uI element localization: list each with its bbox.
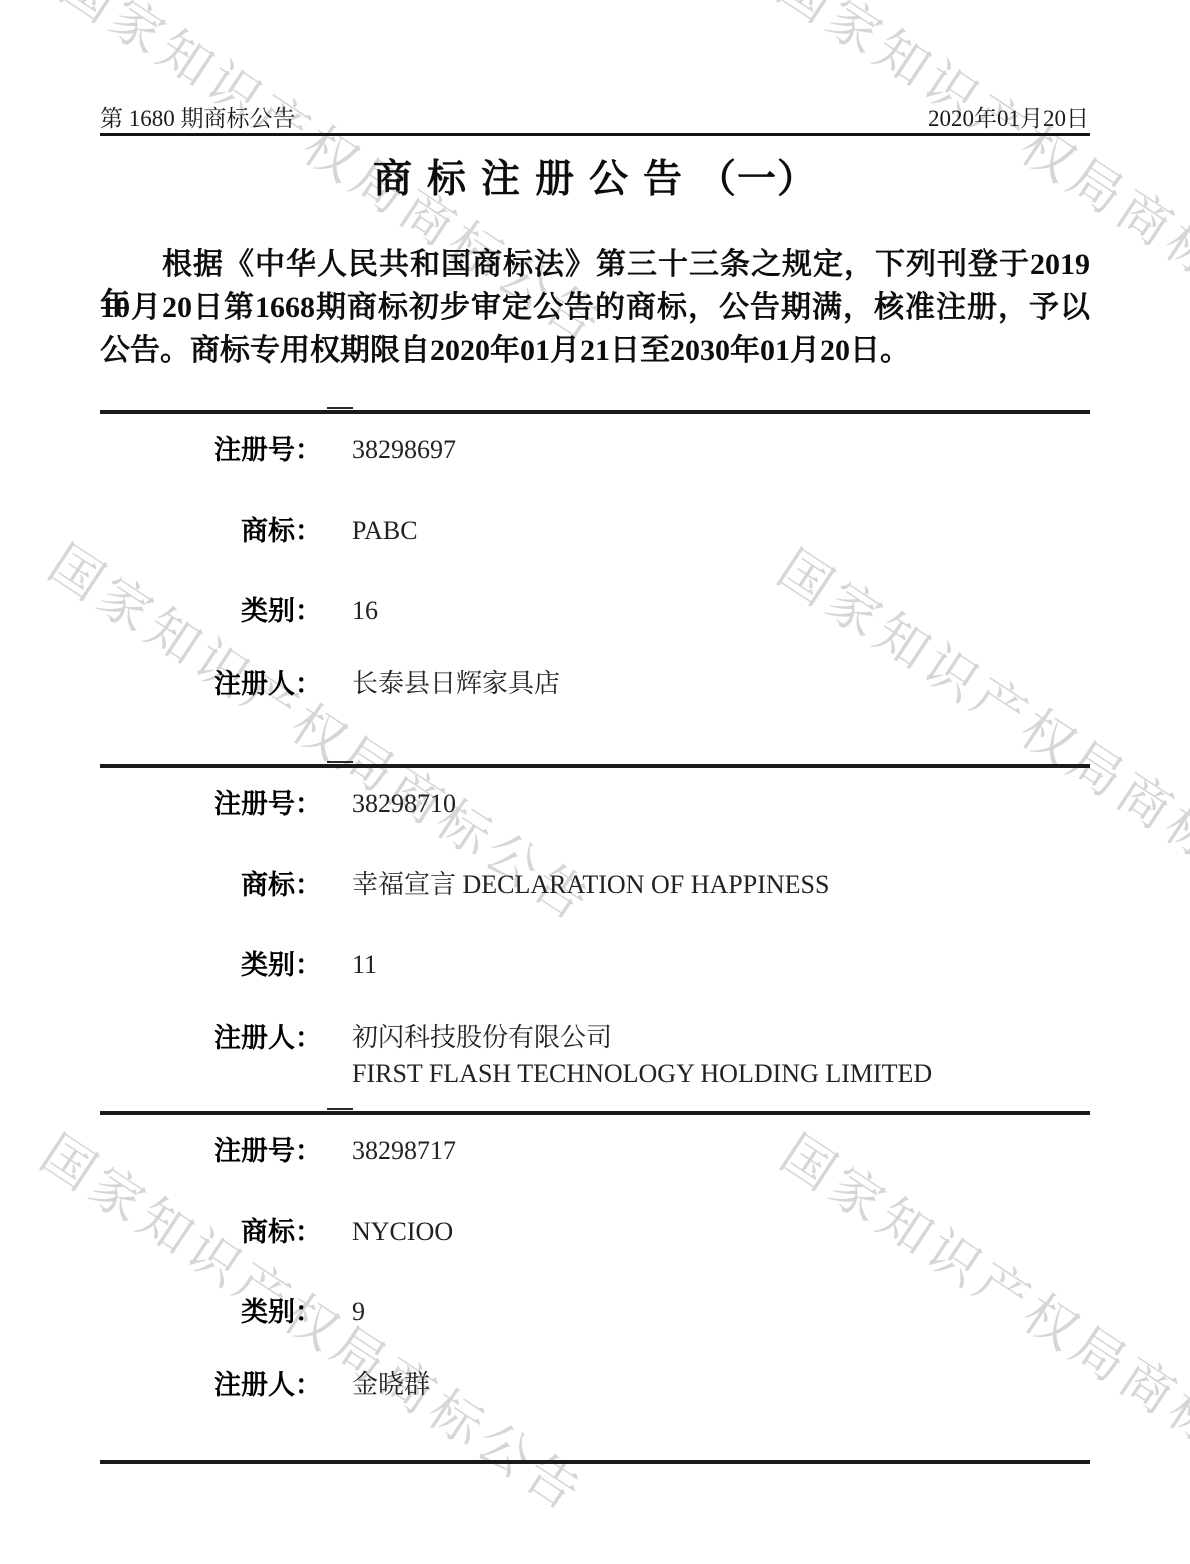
value-registration-number: 38298717 [352, 1136, 1082, 1166]
value-registrant: 长泰县日辉家具店 [352, 669, 1082, 699]
label-registrant: 注册人： [100, 1023, 322, 1053]
intro-paragraph: 根据《中华人民共和国商标法》第三十三条之规定，下列刊登于2019年 10月20日… [100, 245, 1090, 374]
value-registration-number: 38298697 [352, 435, 1082, 465]
intro-line: 10月20日第1668期商标初步审定公告的商标，公告期满，核准注册，予以 [100, 288, 1090, 331]
label-class: 类别： [100, 1297, 322, 1327]
label-registration-number: 注册号： [100, 1136, 322, 1166]
value-class: 11 [352, 950, 1082, 980]
label-registration-number: 注册号： [100, 435, 322, 465]
value-registrant-en: FIRST FLASH TECHNOLOGY HOLDING LIMITED [352, 1059, 1082, 1089]
label-class: 类别： [100, 950, 322, 980]
gazette-page: 国家知识产权局商标公告 国家知识产权局商标公告 国家知识产权局商标公告 国家知识… [0, 0, 1190, 1564]
label-registrant: 注册人： [100, 669, 322, 699]
trademark-entry: 注册号： 38298710 商标： 幸福宣言 DECLARATION OF HA… [100, 764, 1090, 1111]
value-trademark: 幸福宣言 DECLARATION OF HAPPINESS [352, 870, 1082, 900]
label-class: 类别： [100, 596, 322, 626]
label-trademark: 商标： [100, 1217, 322, 1247]
value-class: 9 [352, 1297, 1082, 1327]
header-rule [100, 133, 1090, 136]
intro-line: 公告。商标专用权期限自2020年01月21日至2030年01月20日。 [100, 331, 1090, 374]
label-registrant: 注册人： [100, 1370, 322, 1400]
entry-rule-notch [327, 407, 353, 409]
entry-separator-rule [100, 764, 1090, 768]
intro-line: 根据《中华人民共和国商标法》第三十三条之规定，下列刊登于2019年 [100, 245, 1090, 288]
entry-separator-rule [100, 410, 1090, 414]
label-trademark: 商标： [100, 516, 322, 546]
trademark-entry: 注册号： 38298697 商标： PABC 类别： 16 注册人： 长泰县日辉… [100, 410, 1090, 764]
label-trademark: 商标： [100, 870, 322, 900]
page-bottom-rule [100, 1460, 1090, 1464]
header-issue-number: 第 1680 期商标公告 [100, 100, 296, 133]
trademark-entry: 注册号： 38298717 商标： NYCIOO 类别： 9 注册人： 金晓群 [100, 1111, 1090, 1460]
label-registration-number: 注册号： [100, 789, 322, 819]
value-trademark: NYCIOO [352, 1217, 1082, 1247]
value-registrant: 金晓群 [352, 1370, 1082, 1400]
entry-rule-notch [327, 1108, 353, 1110]
header-date: 2020年01月20日 [928, 100, 1089, 133]
entry-separator-rule [100, 1111, 1090, 1115]
value-class: 16 [352, 596, 1082, 626]
value-registration-number: 38298710 [352, 789, 1082, 819]
page-title: 商标注册公告（一） [0, 148, 1190, 204]
value-registrant: 初闪科技股份有限公司 [352, 1023, 1082, 1053]
entry-rule-notch [327, 761, 353, 763]
page-title-main: 商标注册公告 [373, 158, 697, 201]
page-title-part-number: （一） [697, 158, 817, 201]
value-trademark: PABC [352, 516, 1082, 546]
